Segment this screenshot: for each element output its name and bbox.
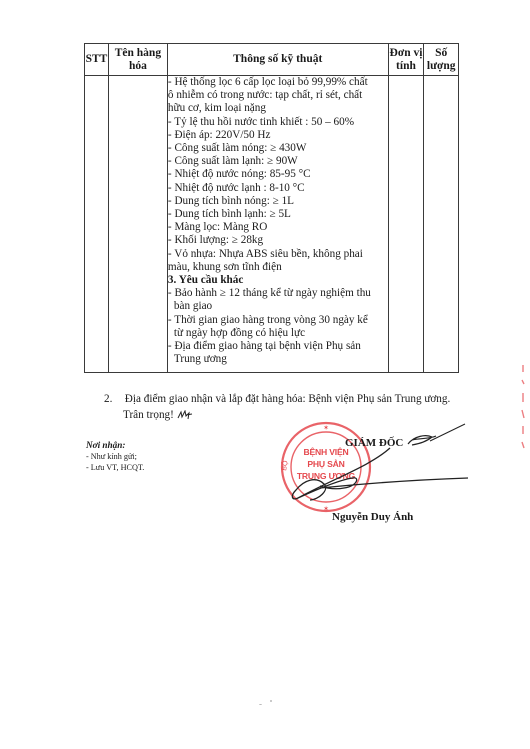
spec-line: - Hệ thống lọc 6 cấp lọc loại bỏ 99,99% … (168, 76, 388, 89)
cell-stt (85, 76, 109, 373)
recipient-item: - Như kính gửi; (86, 451, 144, 462)
spec-line: màu, khung sơn tĩnh điện (168, 261, 388, 274)
header-stt: STT (85, 44, 109, 76)
spec-line: - Tỷ lệ thu hồi nước tinh khiết : 50 – 6… (168, 116, 388, 129)
header-item-name: Tên hàng hóa (108, 44, 167, 76)
header-quantity: Số lượng (424, 44, 459, 76)
initial-mark-icon (177, 410, 193, 420)
cell-item-name (108, 76, 167, 373)
spec-line: Trung ương (168, 353, 388, 366)
spec-line: - Dung tích bình lạnh: ≥ 5L (168, 208, 388, 221)
spec-line: - Khối lượng: ≥ 28kg (168, 234, 388, 247)
cell-quantity (424, 76, 459, 373)
spec-line: - Vỏ nhựa: Nhựa ABS siêu bền, không phai (168, 248, 388, 261)
spec-line: - Dung tích bình nóng: ≥ 1L (168, 195, 388, 208)
table-row: - Hệ thống lọc 6 cấp lọc loại bỏ 99,99% … (85, 76, 459, 373)
margin-stamp-fragment-icon (518, 360, 528, 460)
spec-line: bàn giao (168, 300, 388, 313)
spec-line: từ ngày hợp đồng có hiệu lực (168, 327, 388, 340)
spec-line: - Nhiệt độ nước lạnh : 8-10 °C (168, 182, 388, 195)
table-header-row: STT Tên hàng hóa Thông số kỹ thuật Đơn v… (85, 44, 459, 76)
spec-line: - Công suất làm lạnh: ≥ 90W (168, 155, 388, 168)
spec-line: - Nhiệt độ nước nóng: 85-95 °C (168, 168, 388, 181)
cell-unit (388, 76, 424, 373)
signatory-name: Nguyễn Duy Ánh (332, 511, 413, 523)
specification-table: STT Tên hàng hóa Thông số kỹ thuật Đơn v… (84, 43, 459, 373)
header-unit: Đơn vị tính (388, 44, 424, 76)
scan-speck (259, 704, 262, 705)
recipient-item: - Lưu VT, HCQT. (86, 462, 144, 473)
header-specification: Thông số kỹ thuật (167, 44, 388, 76)
spec-line: - Địa điểm giao hàng tại bệnh viện Phụ s… (168, 340, 388, 353)
spec-line: - Công suất làm nóng: ≥ 430W (168, 142, 388, 155)
recipients-label: Nơi nhận: (86, 440, 144, 451)
closing-regards: Trân trọng! (123, 409, 174, 421)
spec-line: - Thời gian giao hàng trong vòng 30 ngày… (168, 314, 388, 327)
spec-line: hữu cơ, kim loại nặng (168, 102, 388, 115)
document-page: STT Tên hàng hóa Thông số kỹ thuật Đơn v… (0, 0, 530, 749)
scan-speck (270, 700, 272, 702)
spec-line: - Bảo hành ≥ 12 tháng kể từ ngày nghiệm … (168, 287, 388, 300)
spec-line: - Điện áp: 220V/50 Hz (168, 129, 388, 142)
spec-line: - Màng lọc: Màng RO (168, 221, 388, 234)
signature-icon (280, 418, 470, 518)
recipients-block: Nơi nhận: - Như kính gửi; - Lưu VT, HCQT… (86, 440, 144, 473)
spec-section-heading: 3. Yêu cầu khác (168, 274, 388, 287)
note-text: Địa điểm giao nhận và lắp đặt hàng hóa: … (125, 393, 451, 405)
cell-specification: - Hệ thống lọc 6 cấp lọc loại bỏ 99,99% … (167, 76, 388, 373)
spec-line: ô nhiễm có trong nước: tạp chất, rỉ sét,… (168, 89, 388, 102)
note-number: 2. (104, 391, 122, 407)
